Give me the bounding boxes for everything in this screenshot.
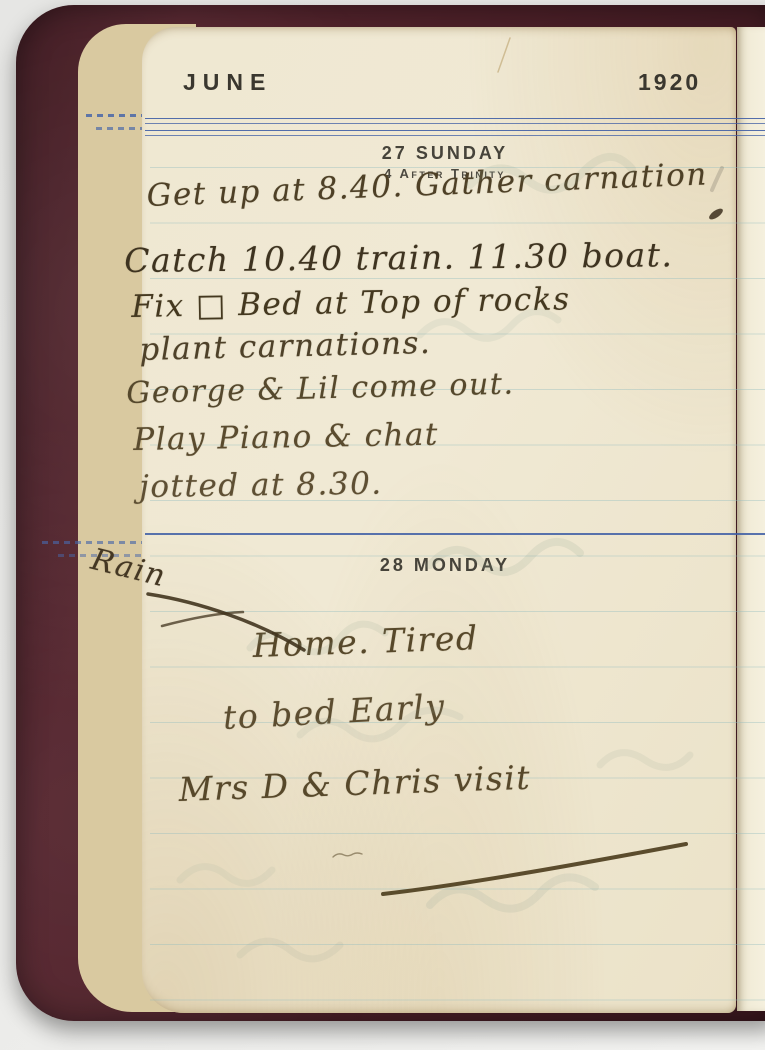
sunday-entry-line: jotted at 8.30.	[139, 466, 383, 505]
sunday-entry-line: Catch 10.40 train. 11.30 boat.	[124, 235, 674, 280]
header-rule-bottom	[145, 130, 765, 136]
section-divider-rule	[145, 533, 765, 535]
diary-photo: JUNE 1920 27 SUNDAY 4 After Trinity Get …	[0, 0, 765, 1050]
sunday-entry-line: Play Piano & chat	[133, 417, 439, 458]
year-header: 1920	[638, 69, 701, 96]
monday-date-heading: 28 MONDAY	[150, 555, 740, 576]
page-edge-blue-marks	[86, 114, 148, 117]
sunday-entry-line: Fix □ Bed at Top of rocks	[131, 281, 571, 325]
monday-entry-line: Home. Tired	[252, 618, 479, 665]
header-rule-top	[145, 118, 765, 124]
month-header: JUNE	[183, 69, 272, 96]
facing-page-edge	[737, 27, 765, 1011]
sunday-entry-line: plant carnations.	[139, 325, 432, 368]
